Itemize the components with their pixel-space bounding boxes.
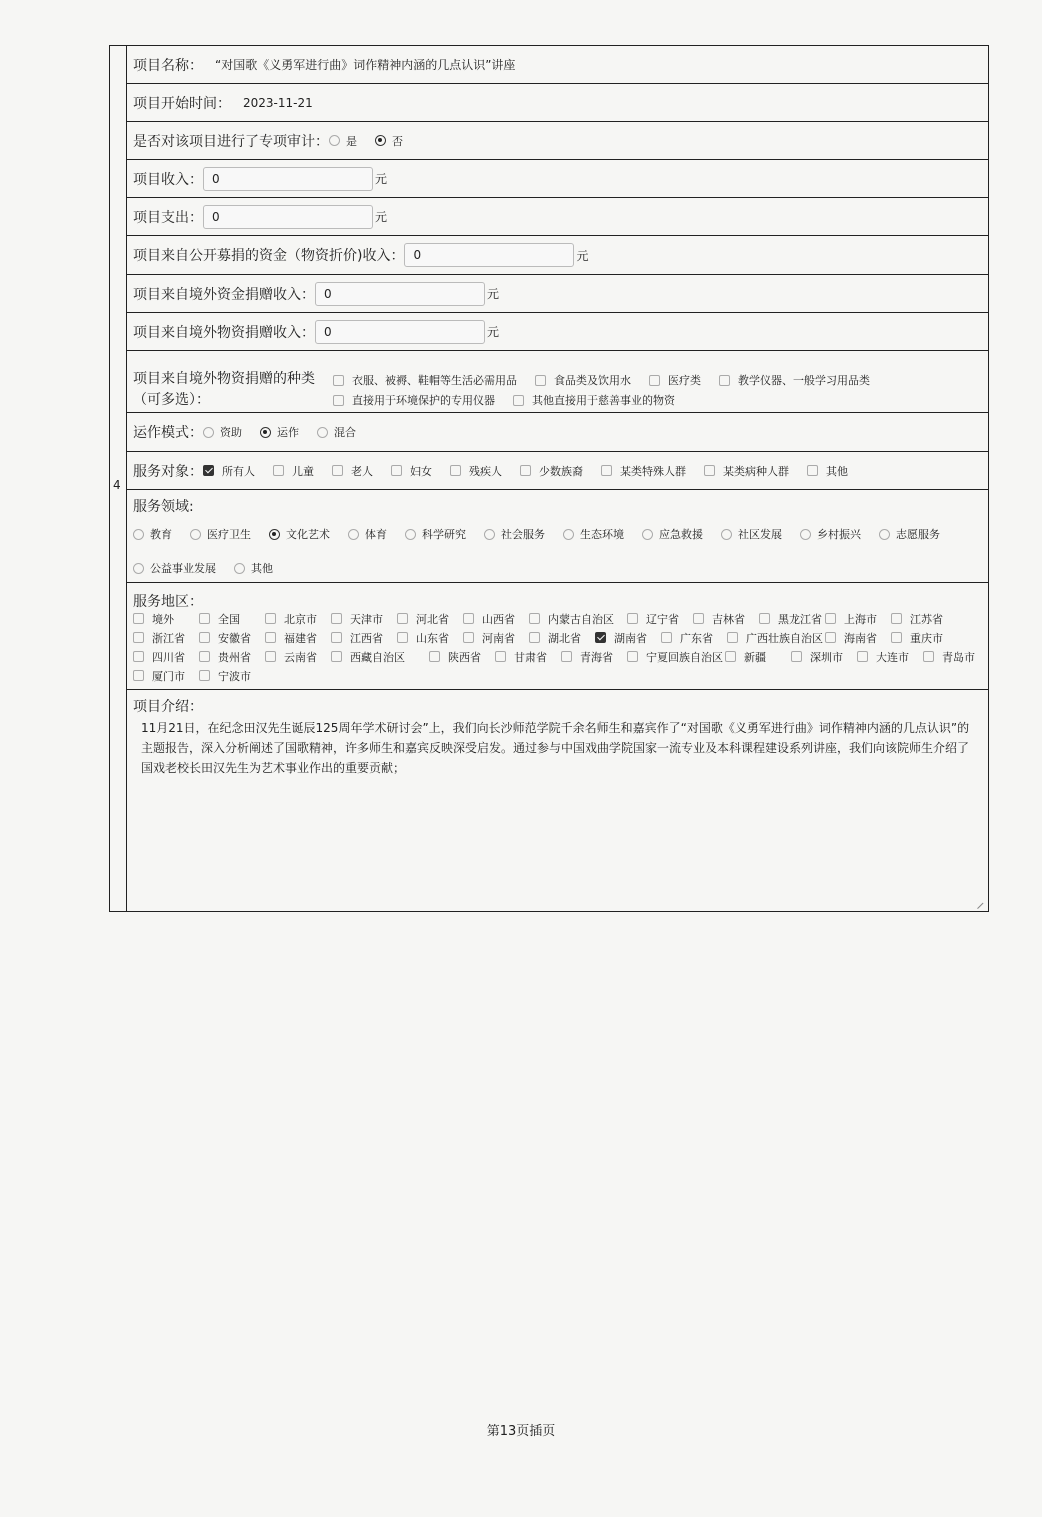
- area-option[interactable]: 天津市: [331, 611, 397, 627]
- area-option[interactable]: 重庆市: [891, 630, 957, 646]
- area-option[interactable]: 安徽省: [199, 630, 265, 646]
- area-option[interactable]: 江苏省: [891, 611, 957, 627]
- checkbox-icon[interactable]: [391, 465, 402, 476]
- audit-option-yes[interactable]: 是: [329, 133, 357, 149]
- field-option[interactable]: 医疗卫生: [190, 526, 251, 542]
- overseas-fund-unit: 元: [487, 285, 499, 302]
- goods-option[interactable]: 直接用于环境保护的专用仪器: [333, 392, 495, 408]
- checkbox-checked-icon[interactable]: [595, 632, 606, 643]
- radio-selected-icon[interactable]: [269, 529, 280, 540]
- checkbox-icon[interactable]: [661, 632, 672, 643]
- checkbox-icon[interactable]: [727, 632, 738, 643]
- public-fund-input[interactable]: 0: [404, 243, 574, 267]
- overseas-goods-label: 项目来自境外物资捐赠收入：: [133, 322, 315, 342]
- radio-icon[interactable]: [203, 427, 214, 438]
- field-option[interactable]: 社会服务: [484, 526, 545, 542]
- operation-option[interactable]: 资助: [203, 424, 242, 440]
- area-option[interactable]: 山东省: [397, 630, 463, 646]
- radio-icon[interactable]: [348, 529, 359, 540]
- checkbox-icon[interactable]: [133, 613, 144, 624]
- area-option[interactable]: 山西省: [463, 611, 529, 627]
- radio-icon[interactable]: [190, 529, 201, 540]
- service-areas-line: 境外全国北京市天津市河北省山西省内蒙古自治区辽宁省吉林省黑龙江省上海市江苏省: [133, 609, 989, 628]
- area-option[interactable]: 广西壮族自治区: [727, 630, 825, 646]
- service-areas-line: 四川省贵州省云南省西藏自治区陕西省甘肃省青海省宁夏回族自治区新疆深圳市大连市青岛…: [133, 647, 989, 666]
- target-option[interactable]: 某类特殊人群: [601, 463, 686, 479]
- service-areas-row: 服务地区： 境外全国北京市天津市河北省山西省内蒙古自治区辽宁省吉林省黑龙江省上海…: [127, 583, 988, 690]
- radio-icon[interactable]: [133, 529, 144, 540]
- intro-section: 项目介绍： 11月21日，在纪念田汉先生诞辰125周年学术研讨会”上，我们向长沙…: [127, 690, 988, 911]
- area-option[interactable]: 江西省: [331, 630, 397, 646]
- area-option[interactable]: 青海省: [561, 649, 627, 665]
- field-option[interactable]: 生态环境: [563, 526, 624, 542]
- overseas-fund-row: 项目来自境外资金捐赠收入： 0 元: [127, 275, 988, 313]
- checkbox-icon[interactable]: [199, 632, 210, 643]
- form-table: 4 项目名称： “对国歌《义勇军进行曲》词作精神内涵的几点认识”讲座 项目开始时…: [109, 45, 989, 912]
- intro-label: 项目介绍：: [133, 696, 203, 716]
- area-option[interactable]: 陕西省: [429, 649, 495, 665]
- area-option[interactable]: 大连市: [857, 649, 923, 665]
- area-option[interactable]: 海南省: [825, 630, 891, 646]
- checkbox-icon[interactable]: [520, 465, 531, 476]
- target-option[interactable]: 残疾人: [450, 463, 502, 479]
- area-option[interactable]: 河南省: [463, 630, 529, 646]
- project-name-value: “对国歌《义勇军进行曲》词作精神内涵的几点认识”讲座: [215, 56, 515, 73]
- checkbox-icon[interactable]: [450, 465, 461, 476]
- service-areas-line: 厦门市宁波市: [133, 666, 989, 685]
- public-fund-label: 项目来自公开募捐的资金（物资折价)收入：: [133, 245, 404, 265]
- goods-types-row: 项目来自境外物资捐赠的种类 （可多选）： 衣服、被褥、鞋帽等生活必需用品 食品类…: [127, 351, 988, 413]
- checkbox-icon[interactable]: [463, 613, 474, 624]
- checkbox-icon[interactable]: [704, 465, 715, 476]
- resize-handle-icon[interactable]: [971, 897, 983, 909]
- checkbox-icon[interactable]: [529, 632, 540, 643]
- field-option[interactable]: 社区发展: [721, 526, 782, 542]
- radio-icon[interactable]: [133, 563, 144, 574]
- checkbox-icon[interactable]: [693, 613, 704, 624]
- radio-icon[interactable]: [317, 427, 328, 438]
- field-option[interactable]: 体育: [348, 526, 387, 542]
- overseas-goods-input[interactable]: 0: [315, 320, 485, 344]
- checkbox-icon[interactable]: [807, 465, 818, 476]
- radio-icon[interactable]: [800, 529, 811, 540]
- radio-icon[interactable]: [879, 529, 890, 540]
- area-option[interactable]: 浙江省: [133, 630, 199, 646]
- start-date-value: 2023-11-21: [243, 96, 313, 110]
- audit-row: 是否对该项目进行了专项审计： 是 否: [127, 122, 988, 160]
- row-number: 4: [113, 478, 121, 492]
- area-option[interactable]: 上海市: [825, 611, 891, 627]
- radio-selected-icon[interactable]: [260, 427, 271, 438]
- area-option[interactable]: 黑龙江省: [759, 611, 825, 627]
- area-option[interactable]: 四川省: [133, 649, 199, 665]
- area-option[interactable]: 宁夏回族自治区: [627, 649, 725, 665]
- checkbox-icon[interactable]: [791, 651, 802, 662]
- checkbox-icon[interactable]: [627, 651, 638, 662]
- checkbox-icon[interactable]: [923, 651, 934, 662]
- checkbox-icon[interactable]: [719, 375, 730, 386]
- area-option[interactable]: 新疆: [725, 649, 791, 665]
- income-row: 项目收入： 0 元: [127, 160, 988, 198]
- checkbox-icon[interactable]: [891, 632, 902, 643]
- checkbox-icon[interactable]: [397, 632, 408, 643]
- checkbox-icon[interactable]: [265, 651, 276, 662]
- start-date-label: 项目开始时间：: [133, 93, 231, 113]
- service-areas-label: 服务地区：: [133, 591, 203, 611]
- operation-mode-label: 运作模式：: [133, 422, 203, 442]
- checkbox-icon[interactable]: [397, 613, 408, 624]
- field-option[interactable]: 教育: [133, 526, 172, 542]
- service-fields-row: 服务领域: 教育 医疗卫生 文化艺术 体育 科学研究 社会服务 生态环境 应急救…: [127, 490, 988, 583]
- target-option[interactable]: 所有人: [203, 463, 255, 479]
- service-areas-line: 浙江省安徽省福建省江西省山东省河南省湖北省湖南省广东省广西壮族自治区海南省重庆市: [133, 628, 989, 647]
- service-fields-label: 服务领域:: [133, 496, 194, 516]
- income-unit: 元: [375, 170, 387, 187]
- checkbox-icon[interactable]: [333, 375, 344, 386]
- checkbox-icon[interactable]: [265, 613, 276, 624]
- area-option[interactable]: 河北省: [397, 611, 463, 627]
- checkbox-checked-icon[interactable]: [203, 465, 214, 476]
- page-footer: 第13页插页: [0, 1420, 1042, 1439]
- audit-label: 是否对该项目进行了专项审计：: [133, 131, 329, 151]
- checkbox-icon[interactable]: [199, 670, 210, 681]
- area-option[interactable]: 深圳市: [791, 649, 857, 665]
- overseas-fund-input[interactable]: 0: [315, 282, 485, 306]
- area-option[interactable]: 全国: [199, 611, 265, 627]
- service-targets-row: 服务对象： 所有人 儿童 老人 妇女 残疾人 少数族裔 某类特殊人群 某类病种人…: [127, 452, 988, 490]
- checkbox-icon[interactable]: [133, 632, 144, 643]
- radio-icon[interactable]: [405, 529, 416, 540]
- public-fund-unit: 元: [576, 247, 588, 264]
- field-option[interactable]: 文化艺术: [269, 526, 330, 542]
- checkbox-icon[interactable]: [273, 465, 284, 476]
- income-input[interactable]: 0: [203, 167, 373, 191]
- radio-icon[interactable]: [642, 529, 653, 540]
- checkbox-icon[interactable]: [265, 632, 276, 643]
- checkbox-icon[interactable]: [513, 395, 524, 406]
- goods-types-label: 项目来自境外物资捐赠的种类: [133, 369, 315, 390]
- target-option[interactable]: 某类病种人群: [704, 463, 789, 479]
- service-targets-label: 服务对象：: [133, 461, 203, 481]
- operation-mode-row: 运作模式： 资助 运作 混合: [127, 413, 988, 452]
- intro-textarea[interactable]: 11月21日，在纪念田汉先生诞辰125周年学术研讨会”上，我们向长沙师范学院千余…: [135, 718, 982, 778]
- document-page: 4 项目名称： “对国歌《义勇军进行曲》词作精神内涵的几点认识”讲座 项目开始时…: [0, 0, 1042, 1517]
- goods-option[interactable]: 医疗类: [649, 372, 701, 388]
- start-date-row: 项目开始时间： 2023-11-21: [127, 84, 988, 122]
- overseas-goods-unit: 元: [487, 323, 499, 340]
- field-option[interactable]: 公益事业发展: [133, 560, 216, 576]
- checkbox-icon[interactable]: [332, 465, 343, 476]
- area-option[interactable]: 吉林省: [693, 611, 759, 627]
- checkbox-icon[interactable]: [561, 651, 572, 662]
- checkbox-icon[interactable]: [891, 613, 902, 624]
- goods-option[interactable]: 其他直接用于慈善事业的物资: [513, 392, 675, 408]
- checkbox-icon[interactable]: [331, 651, 342, 662]
- checkbox-icon[interactable]: [199, 651, 210, 662]
- overseas-fund-label: 项目来自境外资金捐赠收入：: [133, 284, 315, 304]
- checkbox-icon[interactable]: [535, 375, 546, 386]
- income-label: 项目收入：: [133, 169, 203, 189]
- goods-types-label-2: （可多选）：: [133, 390, 315, 411]
- expense-unit: 元: [375, 208, 387, 225]
- checkbox-icon[interactable]: [331, 613, 342, 624]
- goods-option[interactable]: 食品类及饮用水: [535, 372, 631, 388]
- checkbox-icon[interactable]: [495, 651, 506, 662]
- checkbox-icon[interactable]: [725, 651, 736, 662]
- checkbox-icon[interactable]: [529, 613, 540, 624]
- target-option[interactable]: 妇女: [391, 463, 432, 479]
- area-option[interactable]: 境外: [133, 611, 199, 627]
- area-option[interactable]: 西藏自治区: [331, 649, 429, 665]
- checkbox-icon[interactable]: [199, 613, 210, 624]
- checkbox-icon[interactable]: [857, 651, 868, 662]
- area-option[interactable]: 厦门市: [133, 668, 199, 684]
- radio-selected-icon[interactable]: [375, 135, 386, 146]
- area-option[interactable]: 福建省: [265, 630, 331, 646]
- checkbox-icon[interactable]: [333, 395, 344, 406]
- checkbox-icon[interactable]: [759, 613, 770, 624]
- checkbox-icon[interactable]: [429, 651, 440, 662]
- project-name-row: 项目名称： “对国歌《义勇军进行曲》词作精神内涵的几点认识”讲座: [127, 46, 988, 84]
- checkbox-icon[interactable]: [133, 651, 144, 662]
- checkbox-icon[interactable]: [825, 632, 836, 643]
- target-option[interactable]: 老人: [332, 463, 373, 479]
- overseas-goods-row: 项目来自境外物资捐赠收入： 0 元: [127, 313, 988, 351]
- checkbox-icon[interactable]: [463, 632, 474, 643]
- target-option[interactable]: 其他: [807, 463, 848, 479]
- radio-icon[interactable]: [721, 529, 732, 540]
- area-option[interactable]: 宁波市: [199, 668, 265, 684]
- expense-row: 项目支出： 0 元: [127, 198, 988, 236]
- goods-option[interactable]: 教学仪器、一般学习用品类: [719, 372, 870, 388]
- area-option[interactable]: 内蒙古自治区: [529, 611, 627, 627]
- field-option[interactable]: 乡村振兴: [800, 526, 861, 542]
- service-areas-list: 境外全国北京市天津市河北省山西省内蒙古自治区辽宁省吉林省黑龙江省上海市江苏省浙江…: [133, 609, 989, 685]
- area-option[interactable]: 甘肃省: [495, 649, 561, 665]
- checkbox-icon[interactable]: [331, 632, 342, 643]
- area-option[interactable]: 广东省: [661, 630, 727, 646]
- row-number-column: 4: [110, 46, 127, 911]
- checkbox-icon[interactable]: [601, 465, 612, 476]
- radio-icon[interactable]: [234, 563, 245, 574]
- public-fund-row: 项目来自公开募捐的资金（物资折价)收入： 0 元: [127, 236, 988, 275]
- checkbox-icon[interactable]: [133, 670, 144, 681]
- operation-option[interactable]: 混合: [317, 424, 356, 440]
- area-option[interactable]: 贵州省: [199, 649, 265, 665]
- field-option[interactable]: 志愿服务: [879, 526, 940, 542]
- field-option[interactable]: 其他: [234, 560, 273, 576]
- area-option[interactable]: 湖南省: [595, 630, 661, 646]
- operation-option[interactable]: 运作: [260, 424, 299, 440]
- field-option[interactable]: 科学研究: [405, 526, 466, 542]
- checkbox-icon[interactable]: [825, 613, 836, 624]
- area-option[interactable]: 辽宁省: [627, 611, 693, 627]
- area-option[interactable]: 北京市: [265, 611, 331, 627]
- field-option[interactable]: 应急救援: [642, 526, 703, 542]
- radio-icon[interactable]: [484, 529, 495, 540]
- audit-option-no[interactable]: 否: [375, 133, 403, 149]
- checkbox-icon[interactable]: [649, 375, 660, 386]
- area-option[interactable]: 湖北省: [529, 630, 595, 646]
- goods-option[interactable]: 衣服、被褥、鞋帽等生活必需用品: [333, 372, 517, 388]
- expense-label: 项目支出：: [133, 207, 203, 227]
- radio-icon[interactable]: [329, 135, 340, 146]
- area-option[interactable]: 青岛市: [923, 649, 989, 665]
- target-option[interactable]: 少数族裔: [520, 463, 583, 479]
- radio-icon[interactable]: [563, 529, 574, 540]
- area-option[interactable]: 云南省: [265, 649, 331, 665]
- target-option[interactable]: 儿童: [273, 463, 314, 479]
- checkbox-icon[interactable]: [627, 613, 638, 624]
- project-name-label: 项目名称：: [133, 55, 203, 75]
- expense-input[interactable]: 0: [203, 205, 373, 229]
